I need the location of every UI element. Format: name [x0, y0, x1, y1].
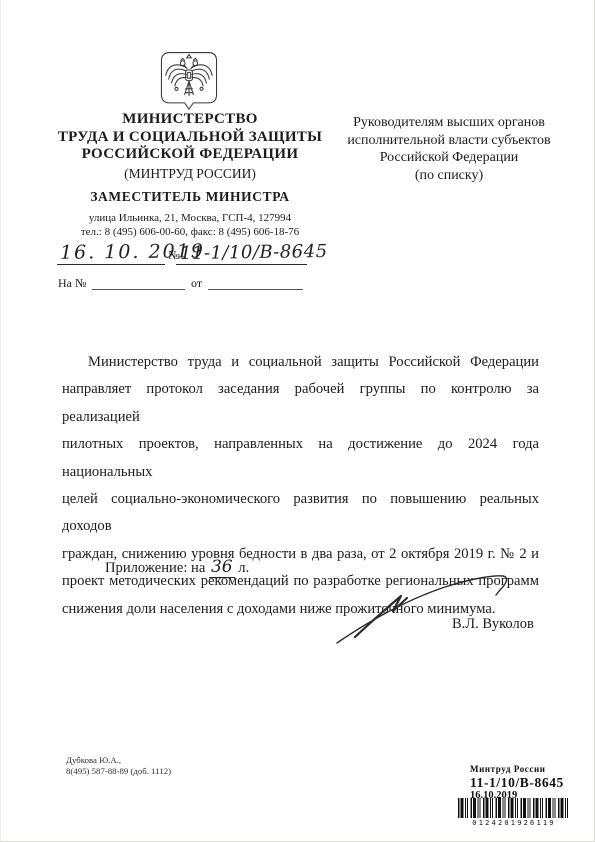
- executor-name: Дубкова Ю.А.,: [66, 755, 171, 766]
- body-line: целей социально-экономического развития …: [62, 486, 539, 541]
- reply-from-label: от: [191, 276, 202, 291]
- ministry-short-name: (МИНТРУД РОССИИ): [50, 165, 330, 182]
- phone-fax-line: тел.: 8 (495) 606-00-60, факс: 8 (495) 6…: [50, 226, 330, 240]
- reply-date-blank-line: [208, 289, 303, 290]
- body-line: направляет протокол заседания рабочей гр…: [62, 376, 539, 431]
- ministry-address: улица Ильинка, 21, Москва, ГСП-4, 127994…: [50, 212, 330, 239]
- reply-number-blank-line: [92, 289, 185, 290]
- position-title: ЗАМЕСТИТЕЛЬ МИНИСТРА: [50, 189, 330, 205]
- handwritten-outgoing-number: 11-1/10/В-8645: [180, 241, 328, 264]
- signer-name: В.Л. Вуколов: [452, 616, 572, 633]
- address-line: улица Ильинка, 21, Москва, ГСП-4, 127994: [50, 212, 330, 226]
- attachment-prefix: Приложение: на: [105, 560, 205, 576]
- handwritten-signature: [333, 567, 523, 645]
- recipient-line3: Российской Федерации: [328, 149, 570, 167]
- handwritten-page-count: 36: [209, 557, 235, 578]
- recipient-line4: (по списку): [328, 167, 570, 185]
- stamp-org-name: Минтруд России: [470, 764, 580, 775]
- registration-stamp: Минтруд России 11-1/10/В-8645 16.10.2019: [470, 764, 580, 802]
- body-line: Министерство труда и социальной защиты Р…: [62, 349, 539, 376]
- executor-block: Дубкова Ю.А., 8(495) 587-88-89 (доб. 111…: [66, 755, 171, 777]
- recipient-line2: исполнительной власти субъектов: [328, 132, 570, 150]
- executor-phone: 8(495) 587-88-89 (доб. 1112): [66, 766, 171, 777]
- ministry-name-block: МИНИСТЕРСТВО ТРУДА И СОЦИАЛЬНОЙ ЗАЩИТЫ Р…: [50, 111, 330, 182]
- attachment-line: Приложение: на 36 л.: [105, 557, 249, 577]
- ministry-name-line2: ТРУДА И СОЦИАЛЬНОЙ ЗАЩИТЫ: [50, 129, 330, 147]
- registration-barcode: [458, 798, 570, 818]
- russian-coat-of-arms-icon: [160, 51, 218, 117]
- ministry-name-line3: РОССИЙСКОЙ ФЕДЕРАЦИИ: [50, 146, 330, 164]
- barcode-digits: 0124201926119: [458, 819, 570, 827]
- number-sign-label: №: [168, 248, 180, 263]
- letter-page: МИНИСТЕРСТВО ТРУДА И СОЦИАЛЬНОЙ ЗАЩИТЫ Р…: [0, 0, 595, 842]
- ministry-name-line1: МИНИСТЕРСТВО: [50, 111, 330, 129]
- date-underline: [57, 264, 165, 265]
- reply-to-number-label: На №: [58, 276, 86, 291]
- body-line: пилотных проектов, направленных на дости…: [62, 431, 539, 486]
- recipient-block: Руководителям высших органов исполнитель…: [328, 114, 570, 184]
- number-underline: [176, 264, 307, 265]
- attachment-suffix: л.: [238, 560, 249, 576]
- recipient-line1: Руководителям высших органов: [328, 114, 570, 132]
- stamp-number: 11-1/10/В-8645: [470, 775, 580, 790]
